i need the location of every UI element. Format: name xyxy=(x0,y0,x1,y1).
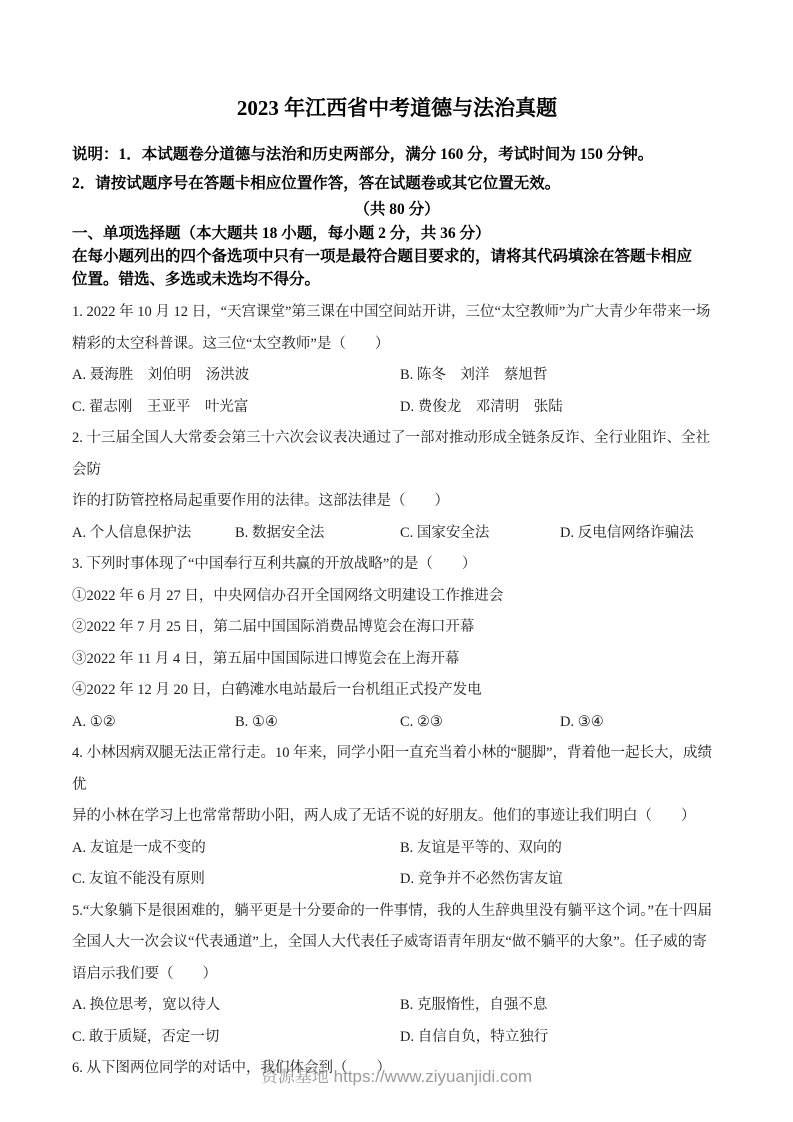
instruction-line-2: 2．请按试题序号在答题卡相应位置作答，答在试题卷或其它位置无效。 xyxy=(72,169,722,198)
question-3-item-2: ②2022 年 7 月 25 日，第二届中国国际消费品博览会在海口开幕 xyxy=(72,612,722,644)
instruction-line-1: 说明：1．本试题卷分道德与法治和历史两部分，满分 160 分，考试时间为 150… xyxy=(72,140,722,169)
site-watermark-link[interactable]: 资源基地 https://www.ziyuanjidi.com xyxy=(0,1066,793,1088)
question-5-option-row-2: C. 敢于质疑，否定一切 D. 自信自负，特立独行 xyxy=(72,1022,722,1054)
question-2-option-b: B. 数据安全法 xyxy=(235,518,400,550)
question-3-item-4: ④2022 年 12 月 20 日，白鹤滩水电站最后一台机组正式投产发电 xyxy=(72,675,722,707)
question-1-stem-line-2: 精彩的太空科普课。这三位“太空教师”是（ ） xyxy=(72,329,722,361)
page-title: 2023 年江西省中考道德与法治真题 xyxy=(72,94,722,122)
question-1-option-a: A. 聂海胜 刘伯明 汤洪波 xyxy=(72,360,400,392)
exam-page: 2023 年江西省中考道德与法治真题 说明：1．本试题卷分道德与法治和历史两部分… xyxy=(0,0,793,1085)
question-2-stem-line-2: 诈的打防管控格局起重要作用的法律。这部法律是（ ） xyxy=(72,486,722,518)
question-3-item-1: ①2022 年 6 月 27 日，中央网信办召开全国网络文明建设工作推进会 xyxy=(72,581,722,613)
question-5-option-c: C. 敢于质疑，否定一切 xyxy=(72,1022,400,1054)
question-1-stem-line-1: 1. 2022 年 10 月 12 日，“天宫课堂”第三课在中国空间站开讲，三位… xyxy=(72,297,722,329)
question-list: 1. 2022 年 10 月 12 日，“天宫课堂”第三课在中国空间站开讲，三位… xyxy=(72,297,722,1085)
question-3-option-row-1: A. ①② B. ①④ C. ②③ D. ③④ xyxy=(72,707,722,739)
question-4-option-row-2: C. 友谊不能没有原则 D. 竞争并不必然伤害友谊 xyxy=(72,864,722,896)
question-1-option-d: D. 费俊龙 邓清明 张陆 xyxy=(400,392,722,424)
question-2-option-a: A. 个人信息保护法 xyxy=(72,518,235,550)
question-3-option-c: C. ②③ xyxy=(400,707,560,739)
question-3: 3. 下列时事体现了“中国奉行互利共赢的开放战略”的是（ ） ①2022 年 6… xyxy=(72,549,722,738)
section-note-line-2: 位置。错选、多选或未选均不得分。 xyxy=(72,268,722,291)
question-4-option-b: B. 友谊是平等的、双向的 xyxy=(400,833,722,865)
question-5-option-b: B. 克服惰性，自强不息 xyxy=(400,990,722,1022)
question-4-option-row-1: A. 友谊是一成不变的 B. 友谊是平等的、双向的 xyxy=(72,833,722,865)
question-4-option-c: C. 友谊不能没有原则 xyxy=(72,864,400,896)
total-score-line: （共 80 分） xyxy=(72,198,722,222)
question-4-option-d: D. 竞争并不必然伤害友谊 xyxy=(400,864,722,896)
question-2-option-row-1: A. 个人信息保护法 B. 数据安全法 C. 国家安全法 D. 反电信网络诈骗法 xyxy=(72,518,722,550)
question-3-option-a: A. ①② xyxy=(72,707,235,739)
question-5-option-row-1: A. 换位思考，宽以待人 B. 克服惰性，自强不息 xyxy=(72,990,722,1022)
question-5-stem-line-3: 语启示我们要（ ） xyxy=(72,959,722,991)
question-5-stem-line-2: 全国人大一次会议“代表通道”上，全国人大代表任子威寄语青年朋友“做不躺平的大象”… xyxy=(72,927,722,959)
question-5-stem-line-1: 5.“大象躺下是很困难的，躺平更是十分要命的一件事情，我的人生辞典里没有躺平这个… xyxy=(72,896,722,928)
question-1: 1. 2022 年 10 月 12 日，“天宫课堂”第三课在中国空间站开讲，三位… xyxy=(72,297,722,423)
question-2-option-c: C. 国家安全法 xyxy=(400,518,560,550)
question-3-item-3: ③2022 年 11 月 4 日，第五届中国国际进口博览会在上海开幕 xyxy=(72,644,722,676)
question-3-stem-line-1: 3. 下列时事体现了“中国奉行互利共赢的开放战略”的是（ ） xyxy=(72,549,722,581)
question-5-option-d: D. 自信自负，特立独行 xyxy=(400,1022,722,1054)
question-4-option-a: A. 友谊是一成不变的 xyxy=(72,833,400,865)
section-note-line-1: 在每小题列出的四个备选项中只有一项是最符合题目要求的，请将其代码填涂在答题卡相应 xyxy=(72,245,722,268)
question-2-stem-line-1: 2. 十三届全国人大常委会第三十六次会议表决通过了一部对推动形成全链条反诈、全行… xyxy=(72,423,722,486)
question-5-option-a: A. 换位思考，宽以待人 xyxy=(72,990,400,1022)
question-1-option-c: C. 翟志刚 王亚平 叶光富 xyxy=(72,392,400,424)
question-4: 4. 小林因病双腿无法正常行走。10 年来，同学小阳一直充当着小林的“腿脚”，背… xyxy=(72,738,722,896)
section-heading: 一、单项选择题（本大题共 18 小题，每小题 2 分，共 36 分） xyxy=(72,222,722,245)
question-1-option-row-1: A. 聂海胜 刘伯明 汤洪波 B. 陈冬 刘洋 蔡旭哲 xyxy=(72,360,722,392)
question-5: 5.“大象躺下是很困难的，躺平更是十分要命的一件事情，我的人生辞典里没有躺平这个… xyxy=(72,896,722,1054)
question-1-option-row-2: C. 翟志刚 王亚平 叶光富 D. 费俊龙 邓清明 张陆 xyxy=(72,392,722,424)
question-4-stem-line-1: 4. 小林因病双腿无法正常行走。10 年来，同学小阳一直充当着小林的“腿脚”，背… xyxy=(72,738,722,801)
question-2-option-d: D. 反电信网络诈骗法 xyxy=(560,518,722,550)
question-4-stem-line-2: 异的小林在学习上也常常帮助小阳，两人成了无话不说的好朋友。他们的事迹让我们明白（… xyxy=(72,801,722,833)
question-3-option-b: B. ①④ xyxy=(235,707,400,739)
question-2: 2. 十三届全国人大常委会第三十六次会议表决通过了一部对推动形成全链条反诈、全行… xyxy=(72,423,722,549)
question-3-option-d: D. ③④ xyxy=(560,707,722,739)
question-1-option-b: B. 陈冬 刘洋 蔡旭哲 xyxy=(400,360,722,392)
